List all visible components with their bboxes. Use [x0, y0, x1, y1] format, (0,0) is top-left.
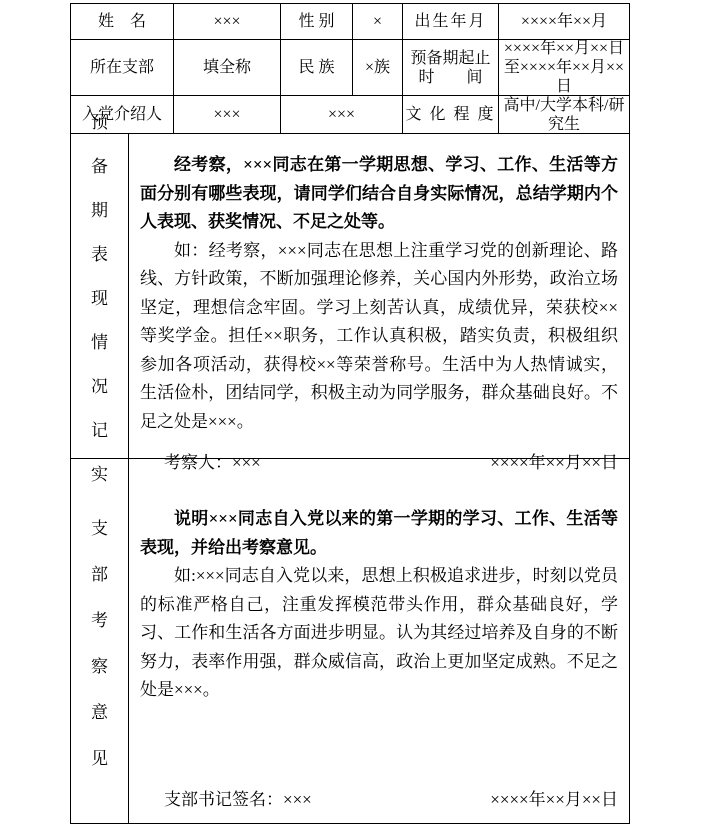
probation-record-form: 姓 名 ××× 性 别 × 出生年月 ××××年××月 所在支部 填全称 民 族… [70, 3, 630, 824]
ethnicity-value: ×族 [353, 40, 403, 96]
secretary-signature: 支部书记签名：××× [164, 786, 312, 815]
branch-value: 填全称 [174, 40, 281, 96]
side-char: 记 [91, 416, 108, 441]
side-char: 意 [91, 698, 108, 723]
probation-period-label-line2: 时 间 [418, 68, 482, 87]
side-char: 部 [91, 560, 108, 585]
probation-performance-section: 预 备 期 表 现 情 况 记 实 经考察，×××同志在第一学期思想、学习、工作… [71, 134, 629, 459]
performance-prompt-paragraph: 经考察，×××同志在第一学期思想、学习、工作、生活等方面分别有哪些表现，请同学们… [140, 151, 618, 237]
gender-value: × [353, 4, 403, 40]
side-char: 预 [91, 108, 108, 133]
branch-review-content: 说明×××同志自入党以来的第一学期的学习、工作、生活等表现，并给出考察意见。 如… [129, 459, 629, 823]
probation-period-label-line1: 预备期起止 [410, 49, 490, 68]
branch-review-side-label: 支 部 考 察 意 见 [71, 459, 129, 823]
review-date: ××××年××月××日 [490, 786, 618, 815]
side-char: 情 [91, 328, 108, 353]
ethnicity-label: 民 族 [281, 40, 353, 96]
probation-performance-content: 经考察，×××同志在第一学期思想、学习、工作、生活等方面分别有哪些表现，请同学们… [129, 134, 629, 458]
introducer-label: 入党介绍人 [71, 96, 174, 134]
introducer-value-1: ××× [174, 96, 281, 134]
name-label: 姓 名 [71, 4, 174, 40]
education-label: 文 化 程 度 [403, 96, 499, 134]
probation-performance-side-label: 预 备 期 表 现 情 况 记 实 [71, 134, 129, 458]
side-char: 见 [91, 744, 108, 769]
probation-period-label: 预备期起止 时 间 [403, 40, 499, 96]
side-char: 表 [91, 240, 108, 265]
side-char: 考 [91, 606, 108, 631]
birth-date-label: 出生年月 [403, 4, 499, 40]
review-prompt-paragraph: 说明×××同志自入党以来的第一学期的学习、工作、生活等表现，并给出考察意见。 [140, 505, 618, 562]
education-value: 高中/大学本科/研究生 [499, 96, 629, 134]
introducer-value-2: ××× [281, 96, 403, 134]
performance-example-paragraph: 如：经考察，×××同志在思想上注重学习党的创新理论、路线、方针政策，不断加强理论… [140, 237, 618, 437]
gender-label: 性 别 [281, 4, 353, 40]
side-char: 察 [91, 652, 108, 677]
form-page: 姓 名 ××× 性 别 × 出生年月 ××××年××月 所在支部 填全称 民 族… [0, 0, 706, 829]
side-char: 况 [91, 372, 108, 397]
side-char: 现 [91, 284, 108, 309]
branch-review-section: 支 部 考 察 意 见 说明×××同志自入党以来的第一学期的学习、工作、生活等表… [71, 459, 629, 823]
basic-info-table: 姓 名 ××× 性 别 × 出生年月 ××××年××月 所在支部 填全称 民 族… [71, 4, 629, 134]
secretary-name: ××× [283, 790, 312, 809]
branch-label: 所在支部 [71, 40, 174, 96]
secretary-label: 支部书记签名： [164, 790, 283, 809]
side-char: 期 [91, 196, 108, 221]
side-char: 备 [91, 152, 108, 177]
birth-date-value: ××××年××月 [499, 4, 629, 40]
name-value: ××× [174, 4, 281, 40]
side-char: 支 [91, 514, 108, 539]
secretary-signature-line: 支部书记签名：××× ××××年××月××日 [140, 786, 618, 815]
review-example-paragraph: 如:×××同志自入党以来，思想上积极追求进步，时刻以党员的标准严格自己，注重发挥… [140, 562, 618, 705]
probation-period-value: ××××年××月××日至××××年××月××日 [499, 40, 629, 96]
